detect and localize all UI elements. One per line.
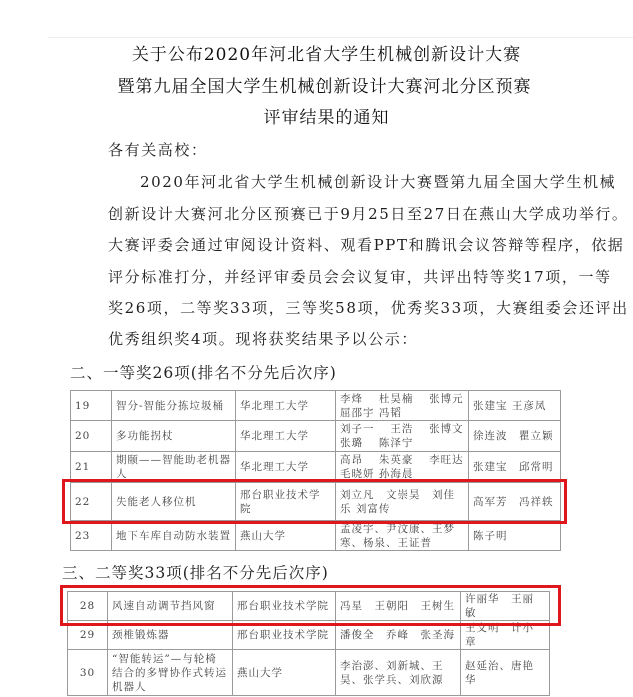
- row-number: 19: [71, 391, 112, 421]
- row-number: 22: [71, 483, 112, 521]
- advisors: 陈子明: [469, 521, 561, 551]
- students: 高昂 朱英豪 李旺达 毛晓妍 孙海晨: [336, 452, 469, 483]
- advisors: 王文明 计小章: [461, 621, 550, 650]
- school-name: 燕山大学: [236, 521, 336, 551]
- table-row: 19 智分-智能分拣垃圾桶 华北理工大学 李烽 杜昊楠 张博元 屈邵宇 冯韬 张…: [71, 391, 561, 421]
- second-prize-table: 28 风速自动调节挡风窗 邢台职业技术学院 冯星 王朝阳 王树生 许丽华 王丽敏…: [67, 591, 550, 696]
- row-number: 29: [68, 621, 108, 650]
- students: 李治澎、刘新城、王昊、张学兵、刘欣源: [336, 650, 461, 696]
- project-name: 多功能拐杖: [112, 421, 236, 452]
- table-row-highlighted: 29 颈椎锻炼器 邢台职业技术学院 潘俊全 乔峰 张圣海 王文明 计小章: [68, 621, 550, 650]
- body-line-2: 创新设计大赛河北分区预赛已于9月25日至27日在燕山大学成功举行。: [108, 203, 629, 224]
- section-heading-first-prize: 二、一等奖26项(排名不分先后次序): [70, 361, 337, 383]
- body-line-5: 奖26项，二等奖33项，三等奖58项，优秀奖33项，大赛组委会还评出: [108, 297, 629, 318]
- project-name: “智能转运”—与轮椅结合的多臂协作式转运机器人: [108, 650, 233, 696]
- row-number: 20: [71, 421, 112, 452]
- table-row-highlighted: 22 失能老人移位机 邢台职业技术学院 刘立凡 文崇昊 刘佳乐 刘富传 高军芳 …: [71, 483, 561, 521]
- document-title-line-3: 评审结果的通知: [10, 103, 633, 128]
- school-name: 华北理工大学: [236, 391, 336, 421]
- school-name: 华北理工大学: [236, 421, 336, 452]
- table-row-highlighted: 28 风速自动调节挡风窗 邢台职业技术学院 冯星 王朝阳 王树生 许丽华 王丽敏: [68, 592, 550, 621]
- school-name: 燕山大学: [233, 650, 336, 696]
- row-number: 21: [71, 452, 112, 483]
- body-line-4: 评分标准打分，并经评审委员会会议复审，共评出特等奖17项，一等: [108, 266, 612, 287]
- table-row: 23 地下车库自动防水装置 燕山大学 孟凌宇、尹汶康、王梦寒、杨泉、王证普 陈子…: [71, 521, 561, 551]
- table-row: 20 多功能拐杖 华北理工大学 刘子一 王浩 张博文 张璐 陈泽宁 徐连波 瞿立…: [71, 421, 561, 452]
- table-row: 30 “智能转运”—与轮椅结合的多臂协作式转运机器人 燕山大学 李治澎、刘新城、…: [68, 650, 550, 696]
- school-name: 邢台职业技术学院: [233, 621, 336, 650]
- school-name: 邢台职业技术学院: [233, 592, 336, 621]
- students: 孟凌宇、尹汶康、王梦寒、杨泉、王证普: [336, 521, 469, 551]
- body-line-6: 优秀组织奖4项。现将获奖结果予以公示：: [108, 328, 418, 349]
- advisors: 高军芳 冯祥轶: [469, 483, 561, 521]
- advisors: 赵延治、唐艳华: [461, 650, 550, 696]
- row-number: 28: [68, 592, 108, 621]
- row-number: 23: [71, 521, 112, 551]
- salutation: 各有关高校：: [108, 139, 208, 160]
- project-name: 期颐——智能助老机器人: [112, 452, 236, 483]
- school-name: 邢台职业技术学院: [236, 483, 336, 521]
- school-name: 华北理工大学: [236, 452, 336, 483]
- body-line-1: 2020年河北省大学生机械创新设计大赛暨第九届全国大学生机械: [140, 171, 616, 192]
- project-name: 智分-智能分拣垃圾桶: [112, 391, 236, 421]
- students: 刘子一 王浩 张博文 张璐 陈泽宁: [336, 421, 469, 452]
- project-name: 失能老人移位机: [112, 483, 236, 521]
- page-top-edge: [48, 37, 633, 38]
- project-name: 颈椎锻炼器: [108, 621, 233, 650]
- body-line-3: 大赛评委会通过审阅设计资料、观看PPT和腾讯会议答辩等程序，依据: [108, 234, 624, 255]
- students: 潘俊全 乔峰 张圣海: [336, 621, 461, 650]
- project-name: 地下车库自动防水装置: [112, 521, 236, 551]
- first-prize-table: 19 智分-智能分拣垃圾桶 华北理工大学 李烽 杜昊楠 张博元 屈邵宇 冯韬 张…: [70, 390, 561, 551]
- advisors: 张建宝 王彦凤: [469, 391, 561, 421]
- students: 李烽 杜昊楠 张博元 屈邵宇 冯韬: [336, 391, 469, 421]
- advisors: 张建宝 邱常明: [469, 452, 561, 483]
- students: 刘立凡 文崇昊 刘佳乐 刘富传: [336, 483, 469, 521]
- document-title-line-1: 关于公布2020年河北省大学生机械创新设计大赛: [10, 40, 633, 65]
- project-name: 风速自动调节挡风窗: [108, 592, 233, 621]
- section-heading-second-prize: 三、二等奖33项(排名不分先后次序): [62, 561, 329, 583]
- advisors: 徐连波 瞿立颖: [469, 421, 561, 452]
- advisors: 许丽华 王丽敏: [461, 592, 550, 621]
- students: 冯星 王朝阳 王树生: [336, 592, 461, 621]
- document-title-line-2: 暨第九届全国大学生机械创新设计大赛河北分区预赛: [8, 72, 633, 97]
- table-row: 21 期颐——智能助老机器人 华北理工大学 高昂 朱英豪 李旺达 毛晓妍 孙海晨…: [71, 452, 561, 483]
- row-number: 30: [68, 650, 108, 696]
